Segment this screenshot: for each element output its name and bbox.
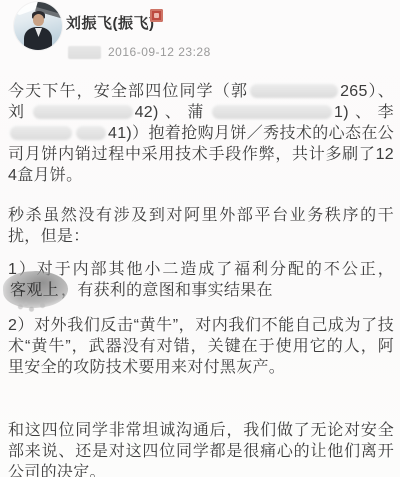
post-body: 今天下午，安全部四位同学（郭265）、刘42)、蒲1)、李41)）抱着抢购月饼／…: [8, 81, 394, 477]
post-paragraph: 和这四位同学非常坦诚沟通后，我们做了无论对安全部来说、还是对这四位同学都是很痛心…: [8, 420, 394, 477]
red-seal-badge-icon: [150, 9, 163, 22]
post-text: 1)、李: [334, 104, 394, 121]
post-paragraph: 秒杀虽然没有涉及到对阿里外部平台业务秩序的干扰，但是：: [8, 205, 394, 247]
post-paragraph: 2）对外我们反击“黄牛”，对内我们不能自己成为了技术“黄牛”，武器没有对错，关键…: [8, 315, 394, 378]
post-text: ，有获利的意图和事实结果在: [61, 282, 273, 299]
post-paragraph: 今天下午，安全部四位同学（郭265）、刘42)、蒲1)、李41)）抱着抢购月饼／…: [8, 81, 394, 186]
post-text: 秒杀虽然没有涉及到对阿里外部平台业务秩序的干扰，但是：: [8, 207, 394, 245]
post-screen: 刘振飞(振飞) 2016-09-12 23:28 今天下午，安全部四位同学（郭2…: [0, 0, 400, 477]
timestamp: 2016-09-12 23:28: [108, 45, 211, 59]
post-header: 刘振飞(振飞) 2016-09-12 23:28: [0, 0, 400, 78]
redacted-text-blob: [10, 126, 72, 140]
redacted-text-blob: [33, 105, 133, 119]
username[interactable]: 刘振飞(振飞): [66, 12, 155, 33]
redacted-text-blob: [212, 105, 332, 119]
scribbled-highlight-text: 客观上: [8, 280, 61, 301]
person-head: [33, 14, 44, 26]
post-text: 1）对于内部其他小二造成了福利分配的不公正，: [8, 261, 394, 278]
post-text: 42)、蒲: [135, 104, 210, 121]
redacted-text-blob: [76, 126, 106, 140]
avatar[interactable]: [14, 2, 62, 50]
post-text: 今天下午，安全部四位同学（郭: [8, 83, 248, 100]
redacted-tag-block: [68, 46, 101, 59]
redacted-text-blob: [250, 84, 338, 98]
post-text: 2）对外我们反击“黄牛”，对内我们不能自己成为了技术“黄牛”，武器没有对错，关键…: [8, 317, 394, 376]
post-paragraph: 1）对于内部其他小二造成了福利分配的不公正，客观上，有获利的意图和事实结果在: [8, 259, 394, 301]
post-text: 和这四位同学非常坦诚沟通后，我们做了无论对安全部来说、还是对这四位同学都是很痛心…: [8, 422, 394, 477]
